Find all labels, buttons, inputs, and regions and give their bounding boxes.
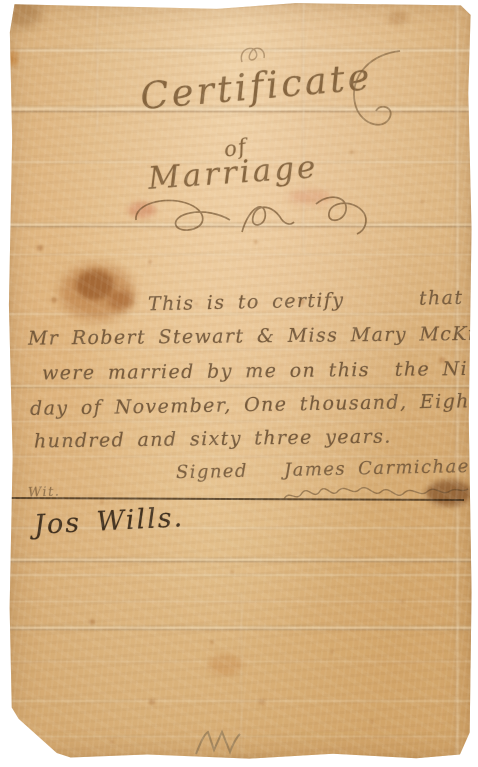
stain	[108, 290, 134, 310]
stain	[426, 480, 472, 506]
signed-line: Signed James Carmichael	[176, 458, 477, 482]
crease-line	[302, 2, 305, 252]
body-line-2: Mr Robert Stewart & Miss Mary McKinnon	[28, 324, 478, 348]
crease-line	[455, 2, 460, 759]
body-line-3: were married by me on this the Ninth	[42, 360, 478, 384]
stain	[8, 50, 18, 66]
body-line-1: This is to certify that	[148, 289, 464, 315]
crease-line	[8, 573, 472, 577]
crease-line	[8, 629, 472, 630]
stain	[128, 202, 156, 218]
pencil-mark	[194, 726, 244, 758]
ink-rule-line	[8, 497, 464, 501]
paper-sheet: Certificate of Marriage This is to certi…	[8, 2, 472, 759]
stain	[60, 264, 134, 320]
crease-line	[8, 111, 472, 112]
photo-of-document: Certificate of Marriage This is to certi…	[0, 0, 478, 767]
crease-line	[8, 557, 472, 563]
stain	[208, 654, 242, 676]
crease-line	[8, 561, 472, 562]
stain	[288, 190, 332, 204]
stain	[388, 12, 408, 24]
stain-freckles	[8, 2, 12, 6]
crease-line	[8, 48, 472, 53]
crease-line	[8, 222, 472, 228]
crease-line	[8, 226, 472, 227]
witness-label: Wit.	[28, 485, 61, 499]
stain	[76, 270, 114, 300]
crease-line	[8, 735, 472, 738]
crease-line	[240, 592, 243, 759]
witness-signature: Jos Wills.	[33, 504, 184, 539]
crease-line	[96, 2, 99, 132]
crease-line	[8, 625, 472, 631]
body-line-4: day of November, One thousand, Eight	[30, 392, 478, 419]
body-line-5: hundred and sixty three years.	[34, 428, 392, 452]
crease-line	[8, 387, 472, 388]
crease-line	[8, 699, 472, 703]
stain	[2, 0, 42, 28]
crease-line	[8, 660, 472, 663]
title-word-marriage: Marriage	[147, 152, 319, 195]
crease-line	[8, 420, 472, 423]
crease-line	[8, 600, 472, 603]
title-word-certificate: Certificate	[139, 58, 374, 115]
countersignature-scribble	[280, 481, 472, 511]
crease-line	[8, 253, 472, 256]
